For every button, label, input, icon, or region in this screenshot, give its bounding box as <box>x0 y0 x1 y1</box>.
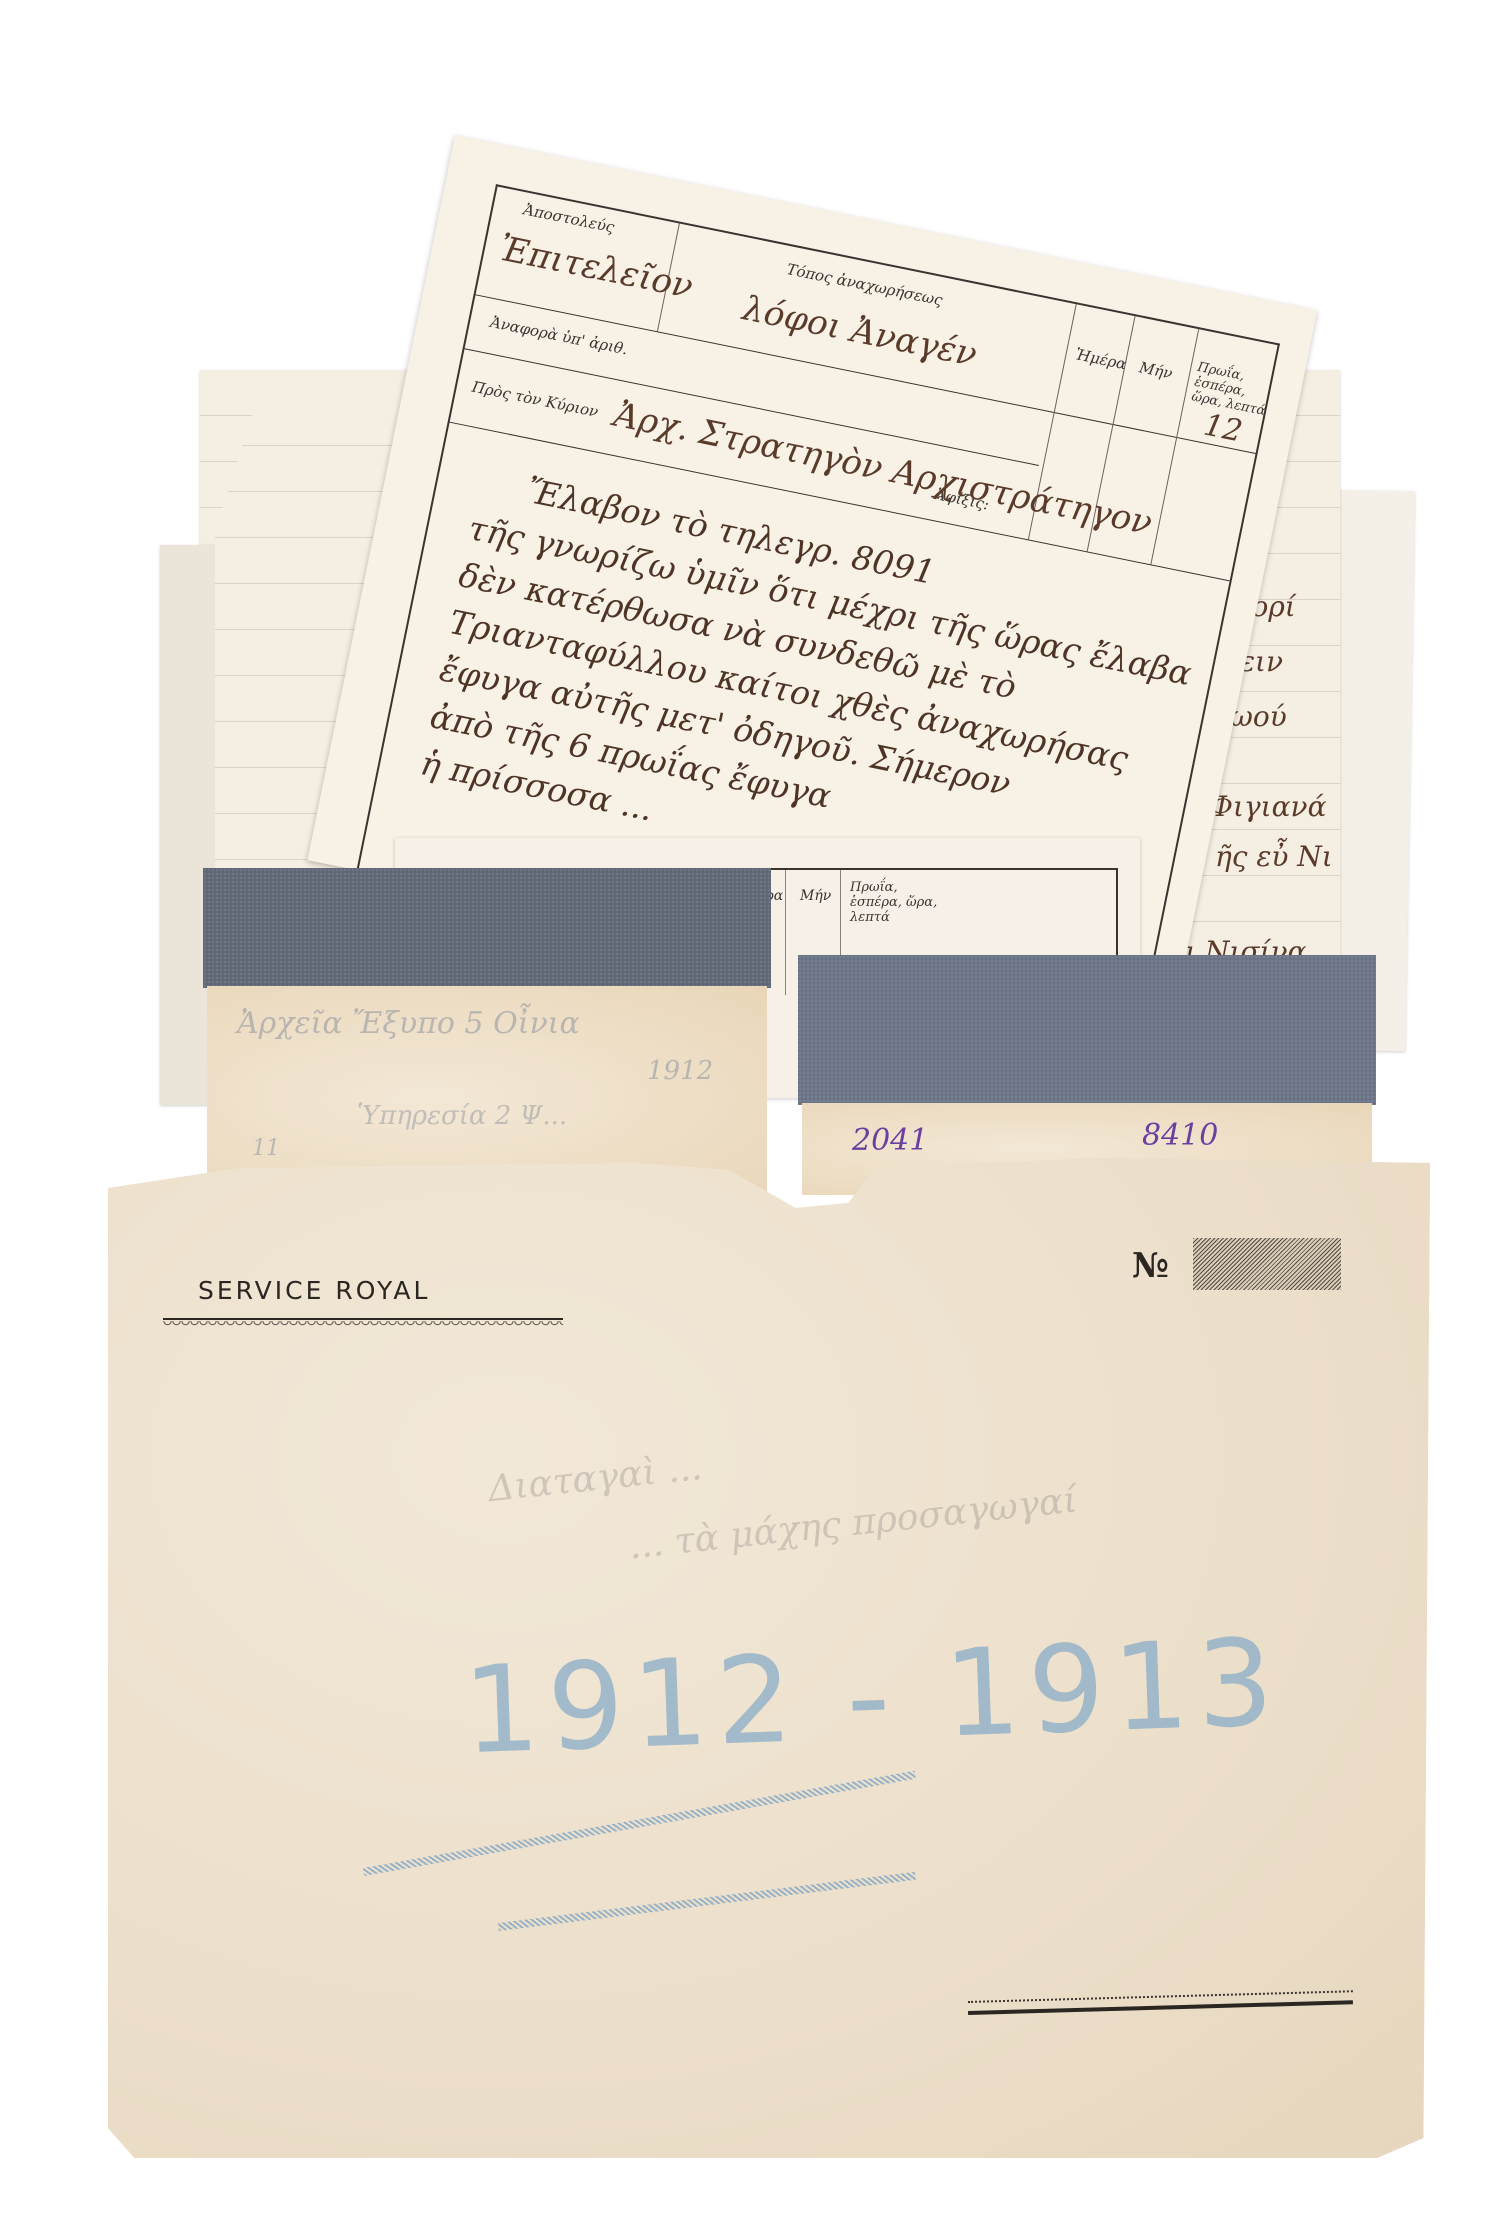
faint-pencil-note: Διαταγαὶ ... <box>486 1447 703 1510</box>
notebook-spine <box>798 955 1376 1105</box>
right-letter-fragment: ῆς εὖ Νι <box>1215 840 1333 873</box>
sender-value: Ἐπιτελεῖον <box>496 229 696 307</box>
pencil-note: Ὑπηρεσία 2 Ψ... <box>357 1101 567 1131</box>
envelope-header: SERVICE ROYAL <box>198 1276 430 1305</box>
right-letter-fragment: ωού <box>1230 700 1287 733</box>
blue-underline <box>363 1771 916 1876</box>
numero-sign: № <box>1132 1246 1169 1286</box>
month-label: Μήν <box>800 888 831 904</box>
divider <box>785 870 786 995</box>
hour-value: 12 <box>1201 408 1245 450</box>
header-rule <box>163 1318 563 1320</box>
faint-pencil-note: ... τὰ μάχης προσαγωγαί <box>627 1480 1079 1568</box>
header-scallop-border <box>163 1321 563 1329</box>
month-label: Μήν <box>1138 358 1174 382</box>
time-label: Πρωΐα, ἑσπέρα, ὥρα, λεπτά <box>850 880 950 925</box>
blue-pencil-date: 1912 - 1913 <box>461 1614 1284 1781</box>
to-label: Πρὸς τὸν Κύριον <box>470 378 600 421</box>
sender-label: Ἀποστολεύς <box>522 200 616 236</box>
blue-underline <box>498 1872 916 1931</box>
notebook-left: Ἀρχεῖα Ἔξυπο 5 Οἶνια 1912 Ὑπηρεσία 2 Ψ..… <box>203 868 771 1208</box>
purple-number: 8410 <box>1142 1118 1218 1153</box>
pencil-note: 11 <box>252 1136 280 1161</box>
number-hatched-box <box>1193 1238 1341 1290</box>
day-label: Ἡμέρα <box>1074 345 1128 373</box>
pencil-note: 1912 <box>647 1056 713 1086</box>
notebook-spine <box>203 868 771 988</box>
pencil-note: Ἀρχεῖα Ἔξυπο 5 Οἶνια <box>237 1006 580 1041</box>
purple-number: 2041 <box>852 1123 928 1158</box>
service-royal-envelope: SERVICE ROYAL № Διαταγαὶ ... ... τὰ μάχη… <box>108 1158 1430 2158</box>
address-rule <box>968 2000 1353 2015</box>
time-label: Πρωΐα, ἑσπέρα, ὥρα, λεπτά <box>1190 360 1277 420</box>
reference-label: Ἀναφορὰ ὑπ' ἀριθ. <box>489 313 630 359</box>
right-letter-fragment: Φιγιανά <box>1210 790 1326 823</box>
place-value: λόφοι Ἀναγέν <box>739 288 980 375</box>
